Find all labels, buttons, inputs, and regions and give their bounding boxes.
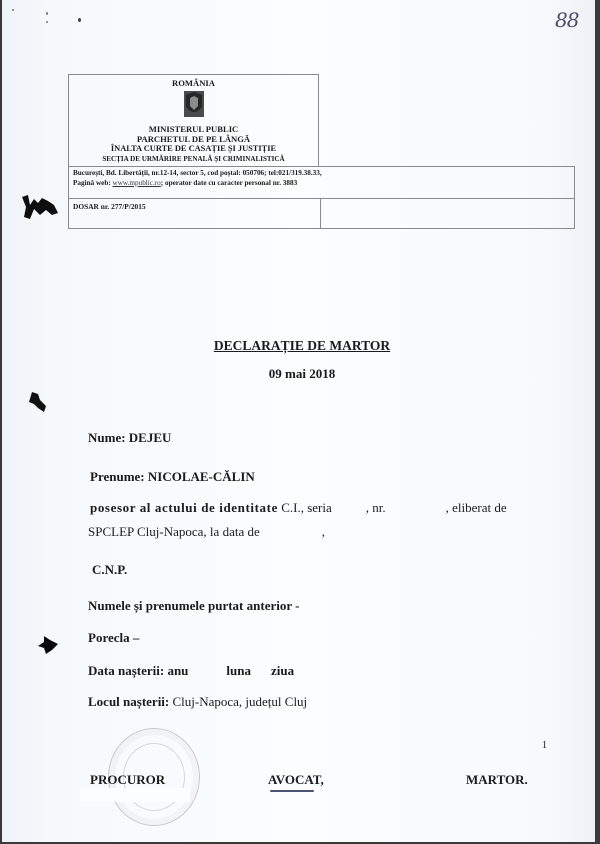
id-number-label: , nr.: [366, 500, 386, 515]
id-issued-label: , eliberat de: [446, 500, 507, 515]
ink-blot-icon: [18, 193, 62, 223]
signature-avocat: AVOCAT,: [268, 772, 324, 788]
institution-header: ROMÂNIA MINISTERUL PUBLIC PARCHETUL DE P…: [68, 74, 319, 166]
previous-name-label: Numele și prenumele purtat anterior -: [88, 598, 299, 613]
web-link[interactable]: www.mpublic.ro: [113, 179, 161, 187]
field-identity-issuer: SPCLEP Cluj-Napoca, la data de,: [88, 524, 325, 540]
ink-blot-icon: [26, 390, 50, 416]
web-label: Pagină web:: [73, 179, 113, 187]
signature-martor: MARTOR.: [466, 772, 528, 788]
ink-blot-icon: [34, 632, 62, 658]
dosar-row: DOSAR nr. 277/P/2015: [68, 198, 575, 229]
nume-label: Nume:: [88, 430, 129, 445]
scan-speck: [78, 18, 81, 22]
institution-line: ÎNALTA CURTE DE CASAȚIE ȘI JUSTIȚIE: [69, 144, 318, 154]
operator-text: ; operator date cu caracter personal nr.…: [161, 179, 297, 187]
field-identity: posesor al actului de identitate C.I., s…: [90, 500, 507, 516]
institution-line: MINISTERUL PUBLIC: [69, 124, 318, 134]
field-prenume: Prenume: NICOLAE-CĂLIN: [90, 469, 255, 485]
web-line: Pagină web: www.mpublic.ro; operator dat…: [73, 178, 570, 188]
birth-place-value: Cluj-Napoca, județul Cluj: [173, 694, 308, 709]
signature-procuror: PROCUROR: [90, 772, 165, 788]
dosar-number: DOSAR nr. 277/P/2015: [73, 202, 146, 211]
table-divider: [320, 198, 321, 228]
redaction: [80, 788, 190, 802]
scan-speck: [46, 12, 48, 15]
scan-speck: [46, 21, 48, 23]
field-birth-place: Locul nașterii: Cluj-Napoca, județul Clu…: [88, 694, 307, 710]
field-cnp: C.N.P.: [92, 562, 127, 578]
field-previous-name: Numele și prenumele purtat anterior -: [88, 598, 299, 614]
nickname-label: Porecla –: [88, 630, 139, 645]
institution-line: SECȚIA DE URMĂRIRE PENALĂ ȘI CRIMINALIST…: [69, 154, 318, 164]
id-type: C.I., seria: [278, 500, 332, 515]
cnp-label: C.N.P.: [92, 562, 127, 577]
birth-day-label: ziua: [271, 663, 294, 678]
field-birth-date: Data nașterii: anulunaziua: [88, 663, 294, 679]
document-page: 88 ROMÂNIA MINISTERUL PUBLIC PARCHETUL D…: [2, 0, 595, 842]
prenume-value: NICOLAE-CĂLIN: [148, 469, 255, 484]
page-number: 1: [542, 740, 547, 751]
birth-date-label: Data nașterii: [88, 663, 160, 678]
signature-stroke: [270, 790, 314, 792]
prenume-label: Prenume:: [90, 469, 148, 484]
romanian-coat-of-arms-icon: [183, 89, 205, 119]
address-line: București, Bd. Libertății, nr.12-14, sec…: [73, 168, 570, 178]
id-issuer: SPCLEP Cluj-Napoca, la data de: [88, 524, 260, 539]
document-date: 09 mai 2018: [2, 366, 595, 382]
id-label: posesor al actului de identitate: [90, 500, 278, 515]
institution-address: București, Bd. Libertății, nr.12-14, sec…: [68, 166, 575, 199]
birth-place-label: Locul nașterii:: [88, 694, 173, 709]
scan-speck: [12, 9, 14, 11]
field-nickname: Porecla –: [88, 630, 139, 646]
birth-year-label: : anu: [160, 663, 189, 678]
field-nume: Nume: DEJEU: [88, 430, 171, 446]
document-title: DECLARAȚIE DE MARTOR: [2, 338, 595, 354]
handwritten-page-number: 88: [555, 8, 578, 32]
institution-line: PARCHETUL DE PE LÂNGĂ: [69, 134, 318, 144]
country-name: ROMÂNIA: [69, 78, 318, 88]
id-date-comma: ,: [322, 524, 325, 539]
birth-month-label: luna: [226, 663, 251, 678]
nume-value: DEJEU: [129, 430, 172, 445]
